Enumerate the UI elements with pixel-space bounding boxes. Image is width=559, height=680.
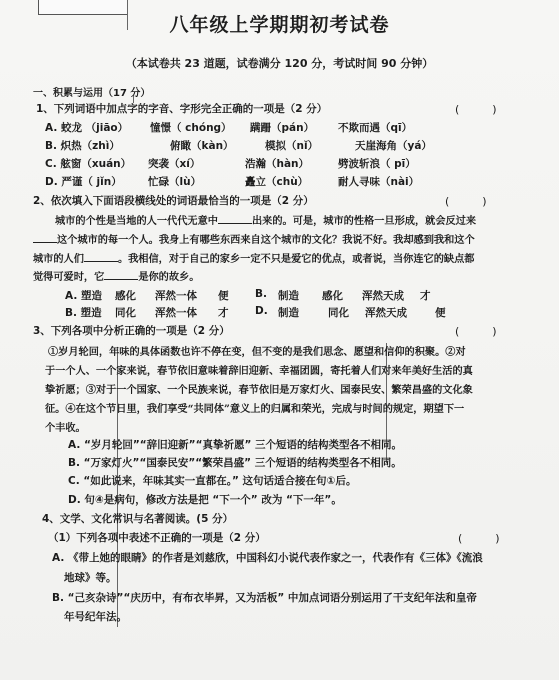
- passage-text: 城市的个性是当地的人一代代无意中: [55, 215, 218, 227]
- option-text: 浑然天成: [362, 288, 404, 303]
- option-text: 模拟（nǐ）: [265, 138, 318, 153]
- q3-option: A. “岁月轮回”“辞旧迎新”“真挚祈愿” 三个短语的结构类型各不相同。: [68, 437, 402, 452]
- q2-passage-line: 这个城市的每一个人。我身上有哪些东西来自这个城市的文化？我说不好。我却感到我和这…: [33, 231, 475, 246]
- fill-blank[interactable]: [33, 232, 57, 243]
- option-text: 浩瀚（hàn）: [245, 156, 309, 171]
- option-text: 憧憬（ chóng）: [150, 120, 232, 135]
- option-text: 浑然一体: [155, 288, 197, 303]
- exam-subtitle: （本试卷共 23 道题，试卷满分 120 分，考试时间 90 分钟）: [0, 55, 559, 71]
- passage-text: 。我相信，对于自己的家乡一定不只是爱它的优点，或者说，当你连它的缺点都: [118, 253, 475, 265]
- q3-passage-line: ①岁月轮回，年味的具体函数也许不停在变，但不变的是我们思念、愿望和信仰的积聚。②…: [48, 343, 466, 358]
- exam-page: 八年级上学期期初考试卷 （本试卷共 23 道题，试卷满分 120 分，考试时间 …: [0, 0, 559, 680]
- option-text: A. 塑造: [65, 288, 102, 303]
- q2-passage-line: 城市的个性是当地的人一代代无意中出来的。可是，城市的性格一旦形成，就会反过来: [55, 212, 476, 227]
- option-text: 突袭（xí）: [148, 156, 200, 171]
- option-text: 劈波斩浪（ pī）: [338, 156, 416, 171]
- q3-passage-line: 挚祈愿；③对于一个国家、一个民族来说，春节依旧是万家灯火、国泰民安、繁荣昌盛的文…: [45, 381, 473, 396]
- q4-option: 年号纪年法。: [64, 609, 127, 624]
- option-text: 浑然一体: [155, 305, 197, 320]
- option-text: C. 舷窗（xuán）: [45, 156, 131, 171]
- q3-passage-line: 于一个人、一个家来说，春节依旧意味着辞旧迎新、幸福团圆，寄托着人们对来年美好生活…: [45, 362, 473, 377]
- q3-passage-line: 个丰收。: [45, 419, 86, 434]
- fill-blank[interactable]: [218, 213, 252, 224]
- question-2-stem: 2、依次填入下面语段横线处的词语最恰当的一项是（2 分）: [33, 193, 314, 208]
- option-text: B. 塑造: [65, 305, 102, 320]
- q3-option: C. “如此说来，年味其实一直都在。” 这句话适合接在句①后。: [68, 473, 356, 488]
- option-text: 制造: [278, 288, 299, 303]
- option-text: 才: [420, 288, 431, 303]
- option-text: 天崖海角（yá）: [355, 138, 432, 153]
- question-4-stem: 4、文学、文化常识与名著阅读。(5 分）: [42, 511, 233, 526]
- question-4-1-stem: （1）下列各项中表述不正确的一项是（2 分）: [48, 530, 266, 545]
- option-text: 同化: [115, 305, 136, 320]
- passage-text: 觉得可爱时，它: [33, 271, 104, 283]
- q2-passage-line: 城市的人们。我相信，对于自己的家乡一定不只是爱它的优点，或者说，当你连它的缺点都: [33, 250, 475, 265]
- option-text: 俯瞰（kàn）: [170, 138, 234, 153]
- answer-blank[interactable]: ( ): [455, 101, 497, 117]
- question-3-stem: 3、下列各项中分析正确的一项是（2 分）: [33, 323, 230, 338]
- exam-title: 八年级上学期期初考试卷: [0, 10, 559, 37]
- option-text: D. 严谨（ jǐn）: [45, 174, 122, 189]
- option-text: 感化: [322, 288, 343, 303]
- passage-text: 出来的。可是，城市的性格一旦形成，就会反过来: [252, 215, 476, 227]
- option-text: 矗立（chù）: [245, 174, 308, 189]
- answer-blank[interactable]: ( ): [458, 530, 500, 546]
- section-heading: 一、积累与运用（17 分）: [33, 84, 150, 99]
- option-text: D.: [255, 305, 268, 317]
- q4-option: B. “己亥杂诗”“庆历中，有布衣毕昇，又为活板” 中加点词语分别运用了干支纪年…: [52, 590, 477, 605]
- option-text: 便: [218, 288, 229, 303]
- option-text: A. 蛟龙 （jiāo）: [45, 120, 128, 135]
- option-text: 不欺而遇（qī）: [338, 120, 412, 135]
- fill-blank[interactable]: [104, 269, 138, 280]
- option-text: 蹒跚（pán）: [250, 120, 314, 135]
- fill-blank[interactable]: [84, 251, 118, 262]
- option-text: B. 炽热（zhì）: [45, 138, 120, 153]
- answer-blank[interactable]: ( ): [445, 193, 487, 209]
- option-text: B.: [255, 288, 267, 300]
- passage-text: 这个城市的每一个人。我身上有哪些东西来自这个城市的文化？我说不好。我却感到我和这…: [57, 234, 475, 246]
- q3-option: B. “万家灯火”“国泰民安”“繁荣昌盛” 三个短语的结构类型各不相同。: [68, 455, 402, 470]
- option-text: 才: [218, 305, 229, 320]
- option-text: 感化: [115, 288, 136, 303]
- q3-option: D. 句④是病句，修改方法是把 “下一个” 改为 “下一年”。: [68, 492, 342, 507]
- option-text: 浑然天成: [365, 305, 407, 320]
- passage-text: 城市的人们: [33, 253, 84, 265]
- q2-passage-line: 觉得可爱时，它是你的故乡。: [33, 268, 199, 283]
- question-1-stem: 1、下列词语中加点字的字音、字形完全正确的一项是（2 分）: [36, 101, 327, 116]
- option-text: 同化: [328, 305, 349, 320]
- option-text: 忙碌（lù）: [148, 174, 201, 189]
- option-text: 耐人寻味（nài）: [338, 174, 419, 189]
- passage-text: 是你的故乡。: [138, 271, 199, 283]
- q3-passage-line: 征。④在这个节日里，我们享受“共同体”意义上的归属和荣光，完成与时间的规定，期望…: [45, 400, 464, 415]
- q4-option: 地球》等。: [64, 570, 117, 585]
- option-text: 便: [435, 305, 446, 320]
- answer-blank[interactable]: ( ): [455, 323, 497, 339]
- option-text: 制造: [278, 305, 299, 320]
- q4-option: A. 《带上她的眼睛》的作者是刘慈欣，中国科幻小说代表作家之一，代表作有《三体》…: [52, 550, 483, 565]
